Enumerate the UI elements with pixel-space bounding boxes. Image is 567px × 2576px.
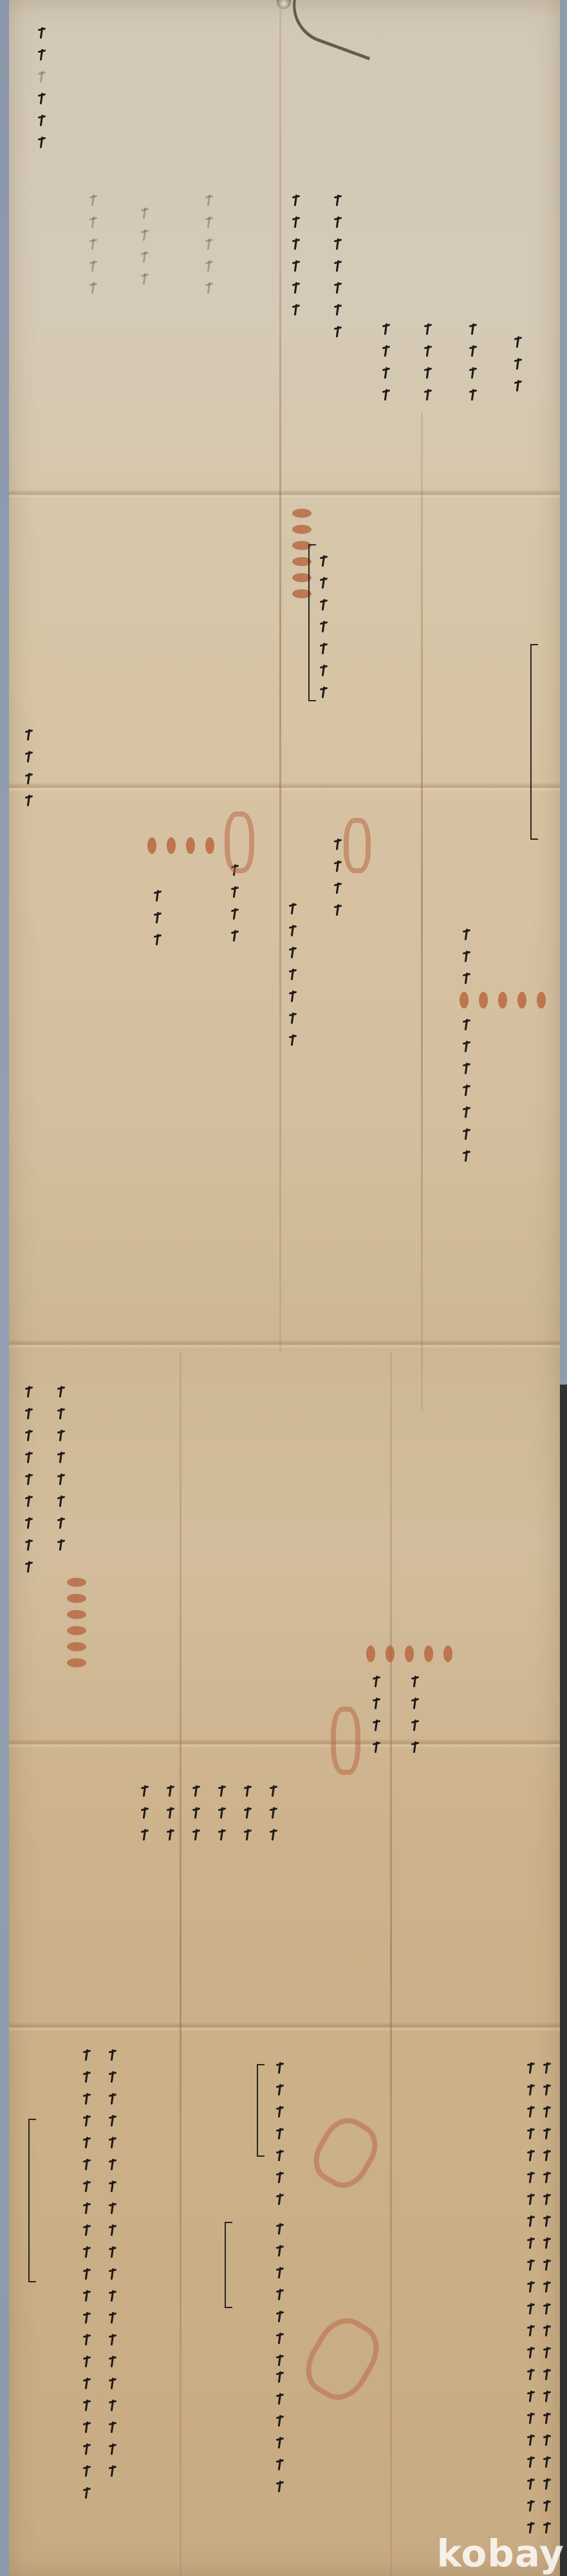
red-mark — [167, 837, 176, 854]
ink-text-column — [215, 1784, 229, 1843]
ink-text-column — [138, 1784, 152, 1843]
red-mark — [292, 509, 311, 518]
ink-bracket — [308, 544, 316, 701]
ink-text-column — [460, 927, 474, 987]
ink-text-column — [80, 2048, 94, 2501]
faded-text-column — [86, 193, 100, 296]
red-mark — [424, 1645, 433, 1662]
ink-text-column — [22, 1385, 36, 1575]
ink-text-column — [466, 322, 480, 403]
red-large-numeral — [295, 2308, 389, 2409]
ink-text-column — [189, 1784, 203, 1843]
red-mark — [186, 837, 195, 854]
ink-text-column — [286, 902, 300, 1048]
paper-seam — [390, 1352, 392, 2576]
red-mark — [498, 992, 507, 1009]
ink-text-column — [540, 2061, 554, 2536]
paper-seam — [421, 412, 423, 1410]
red-mark — [479, 992, 488, 1009]
red-mark — [67, 1610, 86, 1619]
ink-text-column — [524, 2061, 538, 2536]
watermark-logo: kobay — [436, 2535, 567, 2572]
ink-text-column — [289, 193, 303, 318]
paper-seam — [279, 0, 281, 1352]
red-mark — [386, 1645, 395, 1662]
ink-bracket — [530, 644, 538, 840]
red-mark — [366, 1645, 375, 1662]
ink-text-column — [106, 2048, 120, 2479]
red-mark — [67, 1578, 86, 1587]
paper-fold — [9, 1340, 560, 1349]
paper-seam — [180, 1352, 181, 2576]
ink-text-column — [511, 335, 525, 394]
red-mark — [147, 837, 156, 854]
ink-text-column — [331, 193, 345, 340]
ink-text-column — [379, 322, 393, 403]
ink-text-column — [273, 2061, 287, 2208]
red-squiggle — [344, 818, 371, 873]
red-mark — [405, 1645, 414, 1662]
ink-text-column — [273, 2222, 287, 2369]
ink-text-column — [54, 1385, 68, 1553]
ink-bracket — [225, 2222, 232, 2308]
ink-text-column — [331, 837, 345, 918]
red-mark — [460, 992, 469, 1009]
red-mark — [67, 1626, 86, 1635]
ink-bracket — [257, 2064, 265, 2157]
ink-text-column — [273, 2370, 287, 2495]
ink-text-column — [369, 1674, 384, 1756]
red-mark — [443, 1645, 452, 1662]
ink-bracket — [28, 2119, 36, 2282]
red-mark — [67, 1658, 86, 1667]
faded-text-column — [35, 26, 49, 151]
ink-text-column — [317, 554, 331, 701]
paper-fold — [9, 489, 560, 498]
red-mark — [67, 1594, 86, 1603]
ink-text-column — [241, 1784, 255, 1843]
faded-text-column — [202, 193, 216, 296]
faded-text-column — [138, 206, 152, 287]
red-squiggle — [225, 811, 254, 873]
paper-fold — [9, 2022, 560, 2031]
red-mark — [67, 1642, 86, 1651]
ink-text-column — [460, 1018, 474, 1164]
ink-text-column — [421, 322, 435, 403]
red-mark — [517, 992, 526, 1009]
red-mark — [537, 992, 546, 1009]
ink-text-column — [151, 889, 165, 948]
red-squiggle — [331, 1707, 360, 1775]
red-mark — [205, 837, 214, 854]
ink-text-column — [228, 863, 242, 944]
ink-text-column — [408, 1674, 422, 1756]
ink-text-column — [266, 1784, 281, 1843]
manuscript-scroll — [9, 0, 560, 2576]
ink-text-column — [163, 1784, 178, 1843]
paper-fold — [9, 1739, 560, 1748]
ink-text-column — [22, 728, 36, 809]
red-mark — [292, 525, 311, 534]
red-large-numeral — [304, 2110, 386, 2197]
paper-fold — [9, 782, 560, 791]
